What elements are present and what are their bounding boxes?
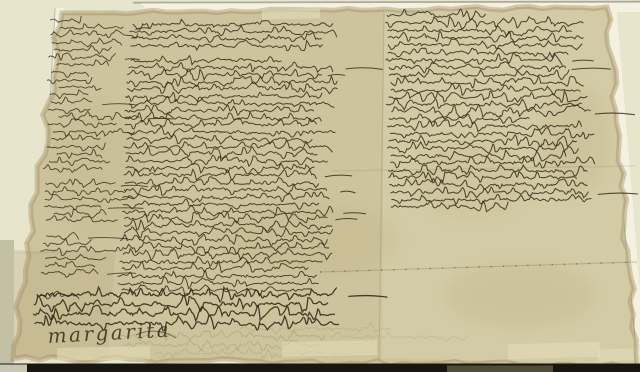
- photo-frame: margarita: [0, 0, 640, 372]
- framed-manuscript-photo: margarita: [0, 0, 640, 372]
- frame-shadow: [0, 364, 640, 372]
